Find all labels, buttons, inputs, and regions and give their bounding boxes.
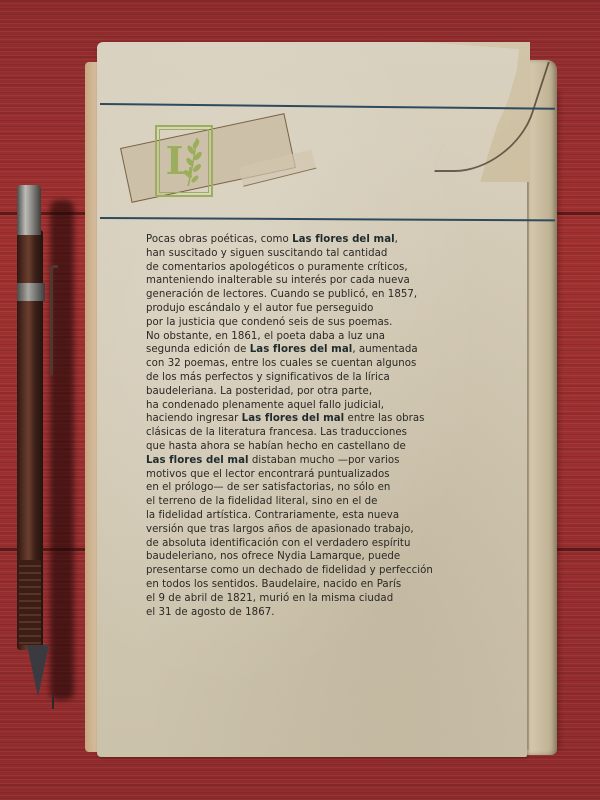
blurb-line: presentarse como un dechado de fidelidad…	[146, 564, 446, 578]
blurb-text: Pocas obras poéticas, como	[146, 234, 292, 245]
blurb-line: motivos que el lector encontrará puntual…	[146, 468, 446, 482]
blurb-line: generación de lectores. Cuando se public…	[146, 288, 446, 302]
blurb-line: el 31 de agosto de 1867.	[146, 606, 446, 620]
blurb-line: de los más perfectos y significativos de…	[146, 371, 446, 385]
blurb-line: de comentarios apologéticos o puramente …	[146, 261, 446, 275]
blurb-line: manteniendo inalterable su interés por c…	[146, 274, 446, 288]
blurb-text: produjo escándalo y el autor fue persegu…	[146, 303, 373, 314]
book-title: Las flores del mal	[146, 455, 249, 466]
back-cover-blurb: Pocas obras poéticas, como Las flores de…	[146, 233, 446, 619]
blurb-text: ha condenado plenamente aquel fallo judi…	[146, 400, 384, 411]
blurb-text: han suscitado y siguen suscitando tal ca…	[146, 248, 387, 259]
pencil-cap	[17, 185, 41, 235]
blurb-text: No obstante, en 1861, el poeta daba a lu…	[146, 331, 385, 342]
pencil-lead	[52, 695, 54, 709]
blurb-line: baudeleriana. La posteridad, por otra pa…	[146, 385, 446, 399]
book-title: Las flores del mal	[250, 344, 353, 355]
blurb-line: Pocas obras poéticas, como Las flores de…	[146, 233, 446, 247]
blurb-line: con 32 poemas, entre los cuales se cuent…	[146, 357, 446, 371]
blurb-text: el 9 de abril de 1821, murió en la misma…	[146, 593, 393, 604]
blurb-line: en el prólogo— de ser satisfactorias, no…	[146, 481, 446, 495]
blurb-line: versión que tras largos años de apasiona…	[146, 523, 446, 537]
blurb-text: baudeleriana. La posteridad, por otra pa…	[146, 386, 372, 397]
blurb-line: ha condenado plenamente aquel fallo judi…	[146, 399, 446, 413]
blurb-text: con 32 poemas, entre los cuales se cuent…	[146, 358, 416, 369]
blurb-text: de comentarios apologéticos o puramente …	[146, 262, 408, 273]
blurb-line: produjo escándalo y el autor fue persegu…	[146, 302, 446, 316]
blurb-text: que hasta ahora se habían hecho en caste…	[146, 441, 406, 452]
pencil-grip	[19, 560, 41, 645]
blurb-line: por la justicia que condenó seis de sus …	[146, 316, 446, 330]
blurb-line: haciendo ingresar Las flores del mal ent…	[146, 412, 446, 426]
blurb-text: versión que tras largos años de apasiona…	[146, 524, 414, 535]
blurb-line: baudeleriano, nos ofrece Nydia Lamarque,…	[146, 550, 446, 564]
blurb-text: el 31 de agosto de 1867.	[146, 607, 275, 618]
blurb-line: en todos los sentidos. Baudelaire, nacid…	[146, 578, 446, 592]
blurb-text: de absoluta identificación con el verdad…	[146, 538, 410, 549]
blurb-line: clásicas de la literatura francesa. Las …	[146, 426, 446, 440]
blurb-text: clásicas de la literatura francesa. Las …	[146, 427, 407, 438]
blurb-text: de los más perfectos y significativos de…	[146, 372, 390, 383]
blurb-line: la fidelidad artística. Contrariamente, …	[146, 509, 446, 523]
blurb-line: el terreno de la fidelidad literal, sino…	[146, 495, 446, 509]
blurb-text: el terreno de la fidelidad literal, sino…	[146, 496, 378, 507]
blurb-text: en todos los sentidos. Baudelaire, nacid…	[146, 579, 401, 590]
blurb-text: la fidelidad artística. Contrariamente, …	[146, 510, 399, 521]
blurb-line: segunda edición de Las flores del mal, a…	[146, 343, 446, 357]
blurb-text: ,	[395, 234, 398, 245]
pencil-tip	[27, 645, 49, 697]
pencil-ring	[17, 283, 45, 301]
blurb-line: que hasta ahora se habían hecho en caste…	[146, 440, 446, 454]
blurb-text: generación de lectores. Cuando se public…	[146, 289, 417, 300]
blurb-line: han suscitado y siguen suscitando tal ca…	[146, 247, 446, 261]
book-title: Las flores del mal	[242, 413, 345, 424]
blurb-text: manteniendo inalterable su interés por c…	[146, 275, 410, 286]
blurb-text: presentarse como un dechado de fidelidad…	[146, 565, 433, 576]
blurb-line: el 9 de abril de 1821, murió en la misma…	[146, 592, 446, 606]
blurb-text: en el prólogo— de ser satisfactorias, no…	[146, 482, 390, 493]
blurb-line: Las flores del mal distaban mucho —por v…	[146, 454, 446, 468]
blurb-text: por la justicia que condenó seis de sus …	[146, 317, 392, 328]
laurel-branch-icon	[184, 136, 202, 188]
pencil-clip	[50, 265, 58, 375]
blurb-text: distaban mucho —por varios	[249, 455, 400, 466]
publisher-logo: L	[155, 125, 213, 197]
blurb-line: No obstante, en 1861, el poeta daba a lu…	[146, 330, 446, 344]
blurb-text: segunda edición de	[146, 344, 250, 355]
blurb-text: , aumentada	[352, 344, 417, 355]
blurb-line: de absoluta identificación con el verdad…	[146, 537, 446, 551]
blurb-text: baudeleriano, nos ofrece Nydia Lamarque,…	[146, 551, 400, 562]
blurb-text: entre las obras	[344, 413, 424, 424]
blurb-text: motivos que el lector encontrará puntual…	[146, 469, 390, 480]
spine-fold	[527, 85, 529, 750]
book-title: Las flores del mal	[292, 234, 395, 245]
blurb-text: haciendo ingresar	[146, 413, 242, 424]
